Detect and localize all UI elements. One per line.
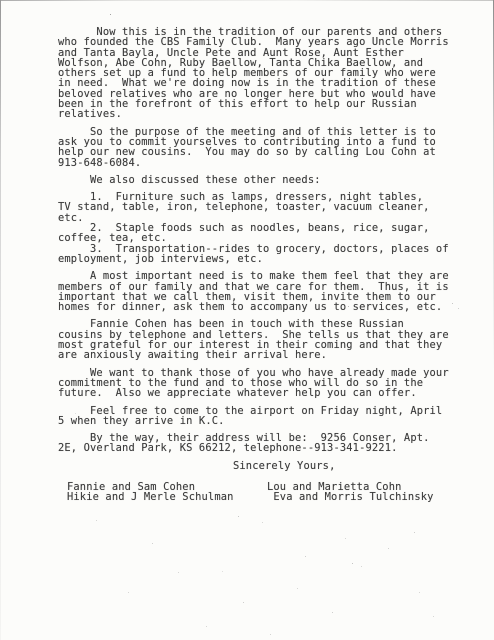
scan-edge-left (0, 0, 1, 640)
signature-block: Fannie and Sam Cohen Hikie and J Merle S… (58, 482, 494, 506)
needs-item-furniture: 1. Furniture such as lamps, dressers, ni… (58, 192, 494, 223)
paragraph-airport: Feel free to come to the airport on Frid… (58, 406, 494, 427)
paragraph-fannie-update: Fannie Cohen has been in touch with thes… (58, 319, 494, 360)
paragraph-other-needs-intro: We also discussed these other needs: (58, 175, 494, 185)
paragraph-thanks: We want to thank those of you who have a… (58, 368, 494, 399)
scan-edge-top (0, 0, 494, 1)
paragraph-address: By the way, their address will be: 9256 … (58, 433, 494, 454)
letter-body: Now this is in the tradition of our pare… (0, 0, 494, 506)
paragraph-purpose: So the purpose of the meeting and of thi… (58, 127, 494, 168)
closing-sincerely: Sincerely Yours, (233, 461, 494, 471)
signature-left-column: Fannie and Sam Cohen Hikie and J Merle S… (67, 482, 234, 503)
paragraph-important-need: A most important need is to make them fe… (58, 271, 494, 312)
needs-item-transportation: 3. Transportation--rides to grocery, doc… (58, 244, 494, 265)
signature-right-column: Lou and Marietta Cohn Eva and Morris Tul… (267, 482, 434, 503)
letter-page: Now this is in the tradition of our pare… (0, 0, 494, 640)
paragraph-tradition: Now this is in the tradition of our pare… (58, 27, 494, 120)
needs-list: 1. Furniture such as lamps, dressers, ni… (58, 192, 494, 264)
needs-item-staple-foods: 2. Staple foods such as noodles, beans, … (58, 223, 494, 244)
